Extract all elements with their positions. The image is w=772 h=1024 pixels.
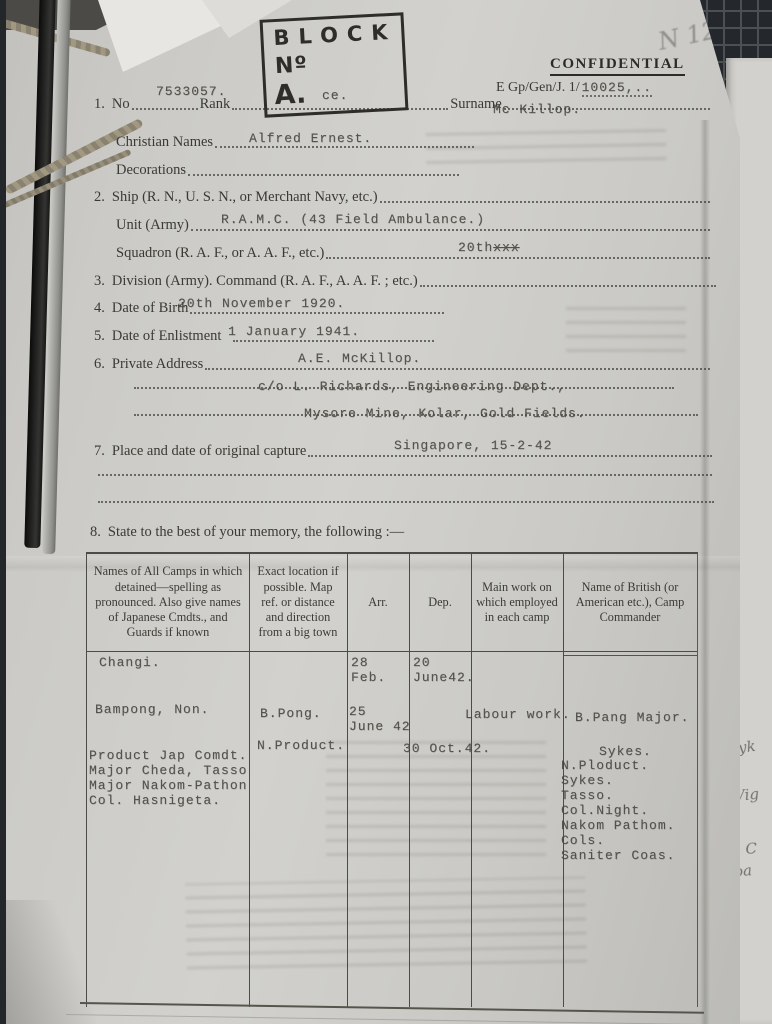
reference-number: E Gp/Gen/J. 1/ 10025,..	[496, 80, 652, 97]
header-exact-location: Exact location if possible. Map ref. or …	[249, 554, 347, 651]
item-number: 8.	[90, 524, 101, 541]
dotted-leader	[380, 198, 710, 203]
division-label: Division (Army). Command (R. A. F., A. A…	[112, 273, 418, 290]
decorations-label: Decorations	[116, 162, 186, 179]
unit-label: Unit (Army)	[116, 217, 189, 234]
header-departure: Dep.	[409, 554, 471, 651]
no-label: No	[112, 96, 130, 113]
stamp-word: BLOCK	[273, 20, 397, 50]
memory-label: State to the best of your memory, the fo…	[108, 524, 404, 541]
enlistment-value: 1 January 1941.	[228, 324, 360, 339]
christian-names-label: Christian Names	[116, 134, 213, 151]
item-number: 7.	[94, 443, 105, 460]
dotted-leader	[98, 471, 712, 476]
squadron-label: Squadron (R. A. F., or A. A. F., etc.)	[116, 245, 324, 262]
private-address-value-2: c/o L. Richards, Engineering Dept.,	[258, 379, 566, 394]
header-camp-commander: Name of British (or American etc.), Camp…	[563, 554, 697, 651]
work-entry: Labour work.	[465, 707, 571, 722]
private-address-label: Private Address	[112, 356, 203, 373]
item-number: 3.	[94, 273, 105, 290]
header-main-work: Main work on which employed in each camp	[471, 554, 563, 651]
date-of-birth-label: Date of Birth	[112, 300, 189, 317]
location-entry: B.Pong.	[260, 706, 322, 721]
reference-label: E Gp/Gen/J. 1/	[496, 80, 580, 96]
ship-label: Ship (R. N., U. S. N., or Merchant Navy,…	[112, 189, 378, 206]
squadron-value-kept: 20th	[458, 240, 493, 255]
field-row-memory: 8. State to the best of your memory, the…	[90, 524, 404, 541]
private-address-value-1: A.E. McKillop.	[298, 351, 421, 366]
camps-table-body: Changi. 28 Feb. 20 June42. Bampong, Non.…	[87, 652, 697, 1007]
squadron-value: 20thxxx	[458, 240, 520, 255]
blank-dotted-line	[96, 498, 716, 506]
camp-entry: Changi.	[99, 655, 161, 670]
private-address-value-3: Mysore Mine, Kolar, Gold Fields.	[304, 406, 586, 421]
dotted-leader	[205, 365, 710, 370]
corner-shadow	[6, 900, 96, 1024]
capture-label: Place and date of original capture	[112, 443, 306, 460]
camp-entry: Product Jap Comdt. Major Cheda, Tasso Ma…	[89, 748, 247, 808]
item-number: 6.	[94, 356, 105, 373]
block-number-stamp: BLOCK Nº A.	[260, 12, 409, 117]
commander-entry: Sykes.	[599, 744, 652, 759]
header-arrival: Arr.	[347, 554, 409, 651]
item-number: 2.	[94, 189, 105, 206]
form-page: BLOCK Nº A. ce. CONFIDENTIAL E Gp/Gen/J.…	[6, 0, 740, 1024]
scanned-document: yk Vig , C oa BLOCK Nº A. ce. CONFIDENTI…	[0, 0, 772, 1024]
unit-value: R.A.M.C. (43 Field Ambulance.)	[221, 212, 485, 227]
dotted-leader	[132, 105, 198, 110]
dotted-leader	[98, 498, 714, 503]
surname-value: Mc Killop.	[493, 102, 581, 117]
reference-value: 10025,..	[582, 80, 652, 97]
blank-dotted-line	[96, 471, 714, 479]
departure-entry: 30 Oct.42.	[403, 741, 491, 756]
date-of-birth-value: 20th November 1920.	[178, 296, 345, 311]
service-number-value: 7533057.	[156, 84, 226, 99]
camps-table: Names of All Camps in which detained—spe…	[86, 552, 698, 1007]
capture-value: Singapore, 15-2-42	[394, 438, 552, 453]
squadron-value-struck: xxx	[493, 240, 519, 255]
enlistment-label: Date of Enlistment	[112, 328, 222, 345]
location-entry: N.Product.	[257, 738, 345, 753]
arrival-entry: 25 June 42	[349, 704, 411, 734]
departure-entry: 20 June42.	[413, 655, 475, 685]
field-row-squadron: Squadron (R. A. F., or A. A. F., etc.)	[116, 245, 712, 262]
dotted-leader	[420, 282, 716, 287]
confidential-marking: CONFIDENTIAL	[550, 56, 685, 76]
item-number: 4.	[94, 300, 105, 317]
ink-bleedthrough	[566, 300, 686, 356]
commander-entry: B.Pang Major.	[575, 710, 689, 725]
arrival-entry: 28 Feb.	[351, 655, 386, 685]
dotted-leader	[188, 171, 459, 176]
camp-entry: Bampong, Non.	[95, 702, 209, 717]
christian-names-value: Alfred Ernest.	[249, 131, 372, 146]
header-camp-names: Names of All Camps in which detained—spe…	[87, 554, 249, 651]
field-row-decorations: Decorations	[116, 162, 461, 179]
item-number: 5.	[94, 328, 105, 345]
field-row-division: 3. Division (Army). Command (R. A. F., A…	[94, 273, 718, 290]
camps-table-header: Names of All Camps in which detained—spe…	[87, 554, 697, 651]
commander-entry: N.Ploduct. Sykes. Tasso. Col.Night. Nako…	[561, 758, 697, 863]
item-number: 1.	[94, 96, 105, 113]
page-bottom-edge	[66, 1014, 766, 1024]
stamp-no: Nº	[274, 52, 308, 79]
stamp-letter: A.	[274, 79, 307, 112]
field-row-ship: 2. Ship (R. N., U. S. N., or Merchant Na…	[94, 189, 712, 206]
